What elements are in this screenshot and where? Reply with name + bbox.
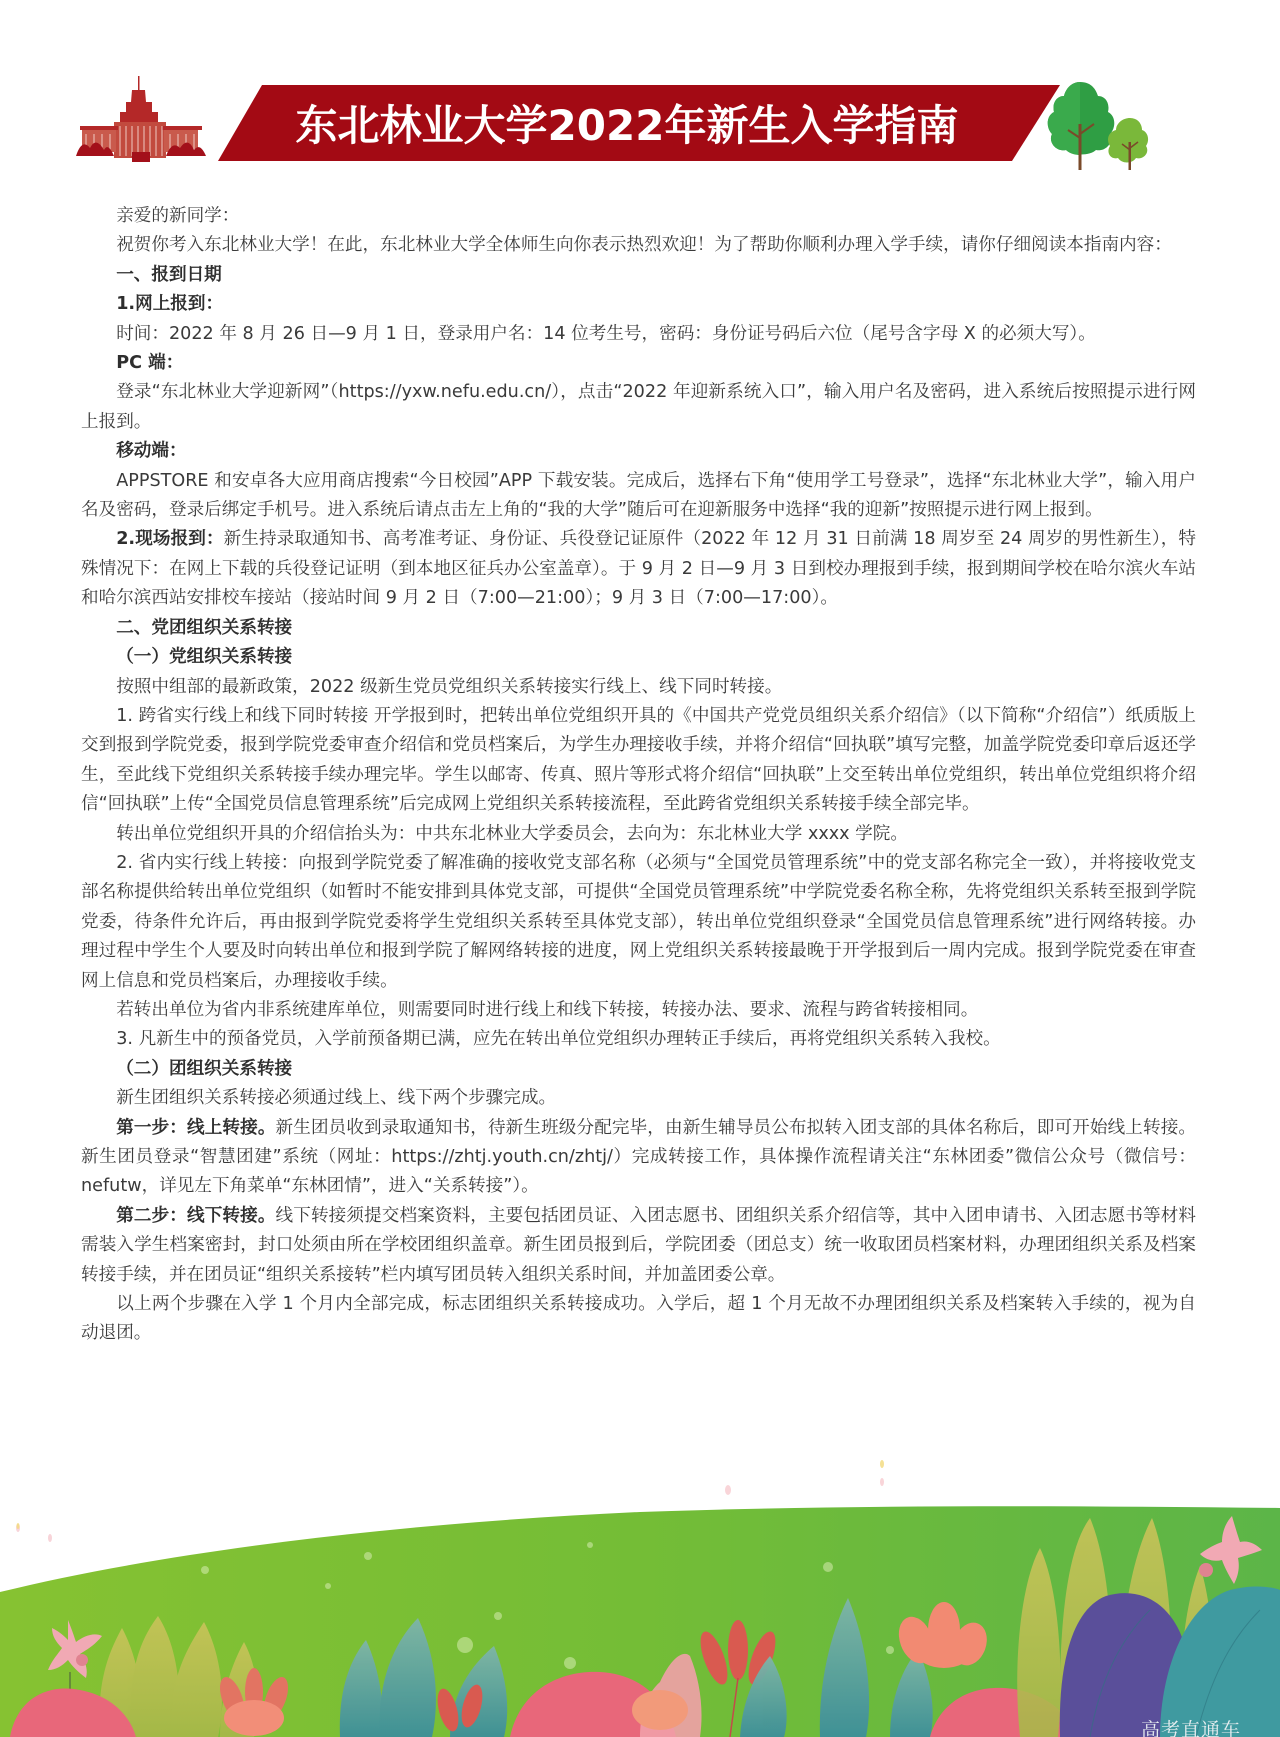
party-transfer-item-2: 2. 省内实行线上转接：向报到学院党委了解准确的接收党支部名称（必须与“全国党员… bbox=[81, 849, 1196, 996]
watermark: 高考直通车 bbox=[1141, 1715, 1241, 1737]
league-conclusion: 以上两个步骤在入学 1 个月内全部完成，标志团组织关系转接成功。入学后，超 1 … bbox=[81, 1290, 1196, 1349]
party-transfer-intro: 按照中组部的最新政策，2022 级新生党员党组织关系转接实行线上、线下同时转接。 bbox=[81, 673, 1196, 702]
section-heading-registration-dates: 一、报到日期 bbox=[81, 261, 1196, 290]
online-registration-time: 时间：2022 年 8 月 26 日—9 月 1 日，登录用户名：14 位考生号… bbox=[81, 320, 1196, 349]
onsite-registration-label: 2.现场报到： bbox=[116, 529, 223, 549]
guide-content: 亲爱的新同学： 祝贺你考入东北林业大学！在此，东北林业大学全体师生向你表示热烈欢… bbox=[81, 202, 1196, 1349]
subheading-league-transfer: （二）团组织关系转接 bbox=[81, 1055, 1196, 1084]
league-step-2-label: 第二步：线下转接。 bbox=[116, 1206, 275, 1226]
intro-paragraph: 祝贺你考入东北林业大学！在此，东北林业大学全体师生向你表示热烈欢迎！为了帮助你顺… bbox=[81, 231, 1196, 260]
greeting: 亲爱的新同学： bbox=[81, 202, 1196, 231]
league-step-1-label: 第一步：线上转接。 bbox=[116, 1118, 275, 1138]
trees-icon bbox=[1046, 80, 1152, 172]
subheading-pc: PC 端： bbox=[81, 349, 1196, 378]
subheading-mobile: 移动端： bbox=[81, 437, 1196, 466]
party-transfer-item-1: 1. 跨省实行线上和线下同时转接 开学报到时，把转出单位党组织开具的《中国共产党… bbox=[81, 702, 1196, 820]
page-title: 东北林业大学2022年新生入学指南 bbox=[218, 85, 1060, 161]
party-transfer-item-3: 3. 凡新生中的预备党员，入学前预备期已满，应先在转出单位党组织办理转正手续后，… bbox=[81, 1025, 1196, 1054]
section-heading-org-transfer: 二、党团组织关系转接 bbox=[81, 614, 1196, 643]
footer-garden-illustration bbox=[0, 1460, 1280, 1737]
mobile-instructions: APPSTORE 和安卓各大应用商店搜索“今日校园”APP 下载安装。完成后，选… bbox=[81, 467, 1196, 526]
onsite-registration: 2.现场报到：新生持录取通知书、高考准考证、身份证、兵役登记证原件（2022 年… bbox=[81, 525, 1196, 613]
league-transfer-intro: 新生团组织关系转接必须通过线上、线下两个步骤完成。 bbox=[81, 1084, 1196, 1113]
league-step-2: 第二步：线下转接。线下转接须提交档案资料，主要包括团员证、入团志愿书、团组织关系… bbox=[81, 1202, 1196, 1290]
subheading-online-registration: 1.网上报到： bbox=[81, 290, 1196, 319]
university-building-icon bbox=[76, 76, 206, 162]
party-letter-header: 转出单位党组织开具的介绍信抬头为：中共东北林业大学委员会，去向为：东北林业大学 … bbox=[81, 820, 1196, 849]
onsite-registration-text: 新生持录取通知书、高考准考证、身份证、兵役登记证原件（2022 年 12 月 3… bbox=[81, 529, 1196, 608]
page-header: 东北林业大学2022年新生入学指南 bbox=[0, 0, 1280, 180]
party-non-system-unit: 若转出单位为省内非系统建库单位，则需要同时进行线上和线下转接，转接办法、要求、流… bbox=[81, 996, 1196, 1025]
league-step-1: 第一步：线上转接。新生团员收到录取通知书，待新生班级分配完毕，由新生辅导员公布拟… bbox=[81, 1114, 1196, 1202]
subheading-party-transfer: （一）党组织关系转接 bbox=[81, 643, 1196, 672]
pc-instructions: 登录“东北林业大学迎新网”（https://yxw.nefu.edu.cn/），… bbox=[81, 378, 1196, 437]
